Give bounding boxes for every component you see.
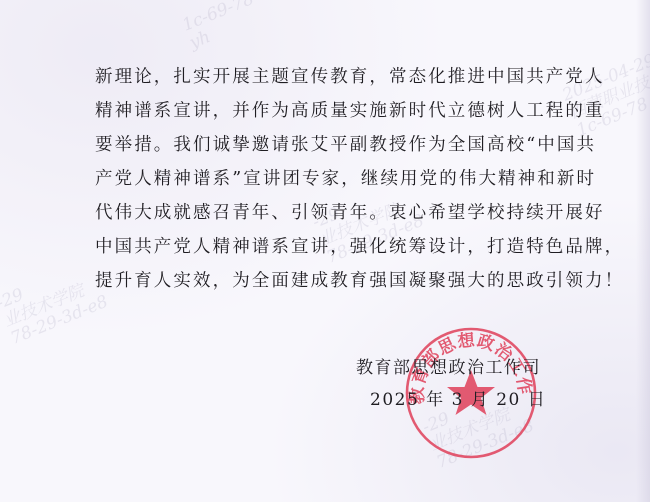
signature-block: 教育部思想政治工作司 2025 年 3 月 20 日 [356,352,536,416]
issuer-name: 教育部思想政治工作司 [356,352,536,384]
letter-body: 新理论，扎实开展主题宣传教育，常态化推进中国共产党人 精神谱系宣讲，并作为高质量… [95,60,585,298]
watermark-top: 1c-69-78 yh [180,0,264,53]
body-line: 代伟大成就感召青年、引领青年。衷心希望学校持续开展好 [95,196,585,230]
page-edge-shadow [636,0,650,502]
scanned-document-page: 1c-69-78 yh 2025-04-29 西藏职业技 1c-69-78 -2… [0,0,650,502]
issue-date: 2025 年 3 月 20 日 [356,384,536,416]
body-line: 产党人精神谱系”宣讲团专家，继续用党的伟大精神和新时 [95,162,585,196]
body-line: 精神谱系宣讲，并作为高质量实施新时代立德树人工程的重 [95,94,585,128]
body-line: 提升育人实效，为全面建成教育强国凝聚强大的思政引领力！ [95,264,585,298]
body-line: 中国共产党人精神谱系宣讲，强化统筹设计，打造特色品牌， [95,230,585,264]
body-line: 要举措。我们诚挚邀请张艾平副教授作为全国高校“中国共 [95,128,585,162]
body-line: 新理论，扎实开展主题宣传教育，常态化推进中国共产党人 [95,60,585,94]
